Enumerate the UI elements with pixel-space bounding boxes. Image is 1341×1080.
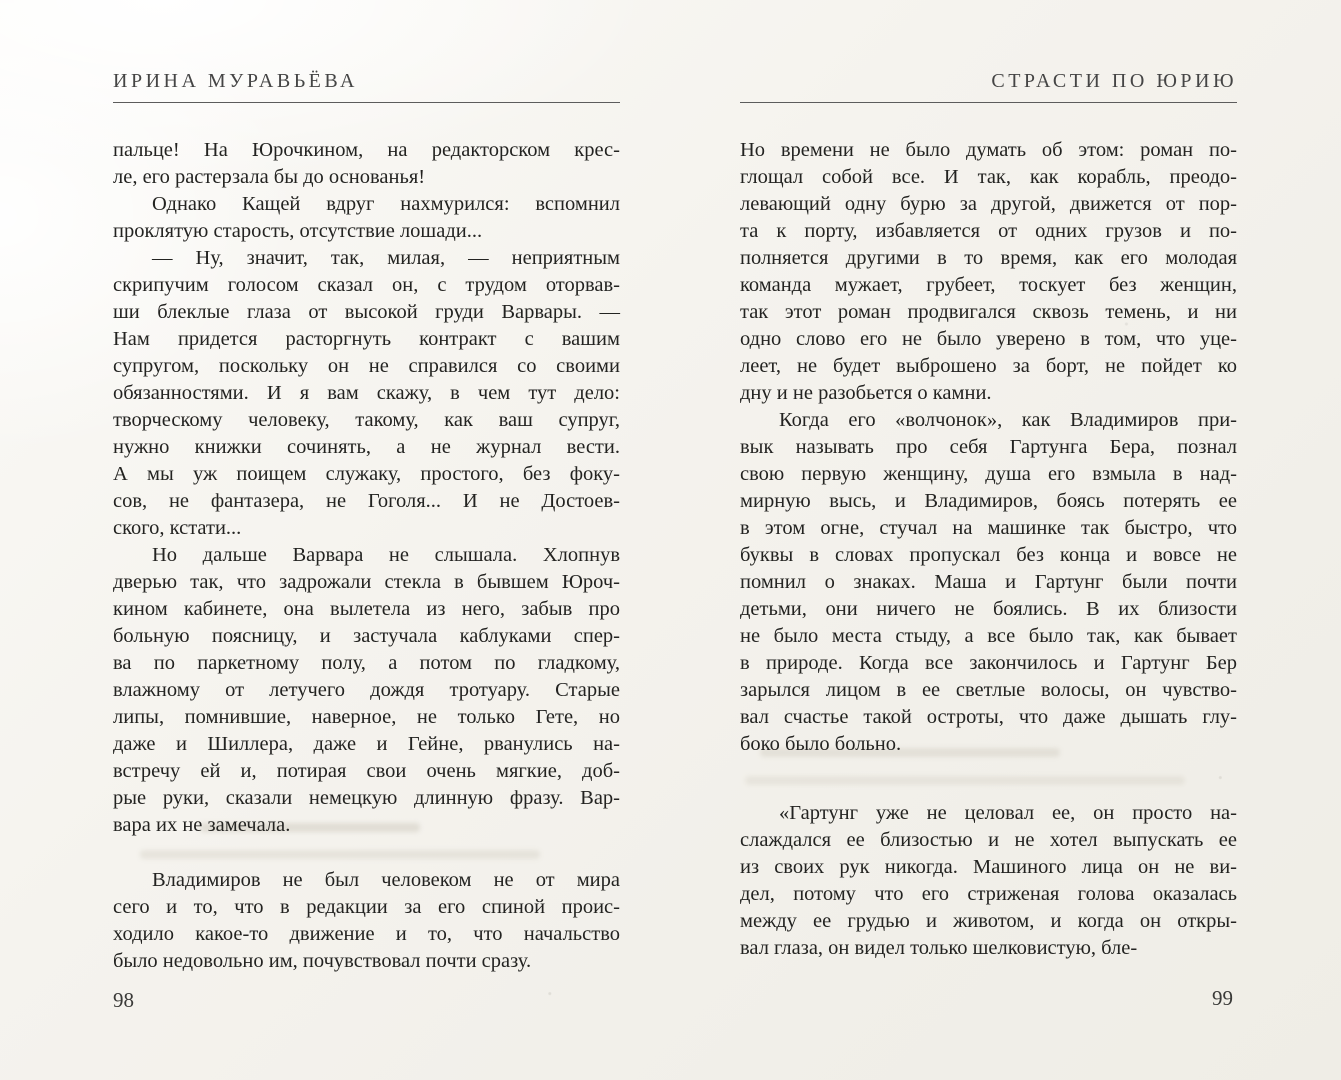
text-line: в природе. Когда все закончилось и Гарту… (740, 650, 1237, 677)
running-title-book: СТРАСТИ ПО ЮРИЮ (740, 70, 1237, 103)
text-line: скрипучим голосом сказал он, с трудом от… (113, 272, 620, 299)
page-body-text: пальце! На Юрочкином, на редакторском кр… (113, 137, 620, 975)
text-line: дверью так, что задрожали стекла в бывше… (113, 569, 620, 596)
paragraph: — Ну, значит, так, милая, — неприятнымск… (113, 245, 620, 542)
text-line: мирную высь, и Владимиров, боясь потерят… (740, 488, 1237, 515)
text-line: команда мужает, грубеет, тоскует без жен… (740, 272, 1237, 299)
text-line: липы, помнившие, наверное, не только Гет… (113, 704, 620, 731)
page-left: ИРИНА МУРАВЬЁВА пальце! На Юрочкином, на… (113, 70, 620, 975)
text-line: так этот роман продвигался сквозь темень… (740, 299, 1237, 326)
text-line: ходило какое-то движение и то, что начал… (113, 921, 620, 948)
text-line: ского, кстати... (113, 515, 620, 542)
text-line: Однако Кащей вдруг нахмурился: вспомнил (113, 191, 620, 218)
text-line: супругом, поскольку он не справился со с… (113, 353, 620, 380)
paragraph: Но дальше Варвара не слышала. Хлопнувдве… (113, 542, 620, 839)
text-line: даже и Шиллера, даже и Гейне, рванулись … (113, 731, 620, 758)
text-line: боко было больно. (740, 731, 1237, 758)
text-line: рые руки, сказали немецкую длинную фразу… (113, 785, 620, 812)
text-line: вара их не замечала. (113, 812, 620, 839)
text-line: Владимиров не был человеком не от мира (113, 867, 620, 894)
page-body-text: Но времени не было думать об этом: роман… (740, 137, 1237, 962)
text-line: между ее грудью и животом, и когда он от… (740, 908, 1237, 935)
text-line: левающий одну бурю за другой, движется о… (740, 191, 1237, 218)
text-line: помнил о знаках. Маша и Гартунг были поч… (740, 569, 1237, 596)
text-line: зарылся лицом в ее светлые волосы, он чу… (740, 677, 1237, 704)
running-title-author: ИРИНА МУРАВЬЁВА (113, 70, 620, 103)
text-line: не было места стыду, а все было так, как… (740, 623, 1237, 650)
paragraph: Однако Кащей вдруг нахмурился: вспомнилп… (113, 191, 620, 245)
text-line: Но дальше Варвара не слышала. Хлопнув (113, 542, 620, 569)
page-number-right: 99 (1212, 986, 1233, 1011)
text-line: вал счастье такой остроты, что даже дыша… (740, 704, 1237, 731)
text-line: детьми, они ничего не боялись. В их близ… (740, 596, 1237, 623)
text-line: вал глаза, он видел только шелковистую, … (740, 935, 1237, 962)
text-line: из своих рук никогда. Машиного лица он н… (740, 854, 1237, 881)
book-spread-photo: ИРИНА МУРАВЬЁВА пальце! На Юрочкином, на… (0, 0, 1341, 1080)
text-line: Когда его «волчонок», как Владимиров при… (740, 407, 1237, 434)
paragraph: Когда его «волчонок», как Владимиров при… (740, 407, 1237, 758)
text-line: больную поясницу, и застучала каблуками … (113, 623, 620, 650)
paragraph: пальце! На Юрочкином, на редакторском кр… (113, 137, 620, 191)
text-line: дел, потому что его стриженая голова ока… (740, 881, 1237, 908)
text-line: свою первую женщину, душа его взмыла в н… (740, 461, 1237, 488)
text-line: проклятую старость, отсутствие лошади... (113, 218, 620, 245)
text-line: ле, его растерзала бы до основанья! (113, 164, 620, 191)
text-line: «Гартунг уже не целовал ее, он просто на… (740, 800, 1237, 827)
page-right: СТРАСТИ ПО ЮРИЮ Но времени не было думат… (740, 70, 1237, 962)
text-line: было недовольно им, почувствовал почти с… (113, 948, 620, 975)
text-line: — Ну, значит, так, милая, — неприятным (113, 245, 620, 272)
text-line: в этом огне, стучал на машинке так быстр… (740, 515, 1237, 542)
text-line: слаждался ее близостью и не хотел выпуск… (740, 827, 1237, 854)
text-line: ши блеклые глаза от высокой груди Варвар… (113, 299, 620, 326)
text-line: ва по паркетному полу, а потом по гладко… (113, 650, 620, 677)
paragraph: Но времени не было думать об этом: роман… (740, 137, 1237, 407)
text-line: одно слово его не было уверено в том, чт… (740, 326, 1237, 353)
paragraph: Владимиров не был человеком не от мирасе… (113, 867, 620, 975)
text-line: нужно книжки сочинять, а не журнал вести… (113, 434, 620, 461)
text-line: сего и то, что в редакции за его спиной … (113, 894, 620, 921)
text-line: встречу ей и, потирая свои очень мягкие,… (113, 758, 620, 785)
text-line: та к порту, избавляется от одних грузов … (740, 218, 1237, 245)
text-line: обязанностями. И я вам скажу, в чем тут … (113, 380, 620, 407)
text-line: влажному от летучего дождя тротуару. Ста… (113, 677, 620, 704)
text-line: Нам придется расторгнуть контракт с ваши… (113, 326, 620, 353)
text-line: сов, не фантазера, не Гоголя... И не Дос… (113, 488, 620, 515)
text-line: пальце! На Юрочкином, на редакторском кр… (113, 137, 620, 164)
paragraph: «Гартунг уже не целовал ее, он просто на… (740, 800, 1237, 962)
text-line: А мы уж поищем служаку, простого, без фо… (113, 461, 620, 488)
text-line: вык называть про себя Гартунга Бера, поз… (740, 434, 1237, 461)
text-line: творческому человеку, такому, как ваш су… (113, 407, 620, 434)
text-line: буквы в словах пропускал без конца и вов… (740, 542, 1237, 569)
page-number-left: 98 (113, 988, 134, 1013)
text-line: кином кабинете, она вылетела из него, за… (113, 596, 620, 623)
text-line: глощал собой все. И так, как корабль, пр… (740, 164, 1237, 191)
text-line: леет, не будет выброшено за борт, не пой… (740, 353, 1237, 380)
text-line: Но времени не было думать об этом: роман… (740, 137, 1237, 164)
text-line: полняется другими в то время, как его мо… (740, 245, 1237, 272)
text-line: дну и не разобьется о камни. (740, 380, 1237, 407)
